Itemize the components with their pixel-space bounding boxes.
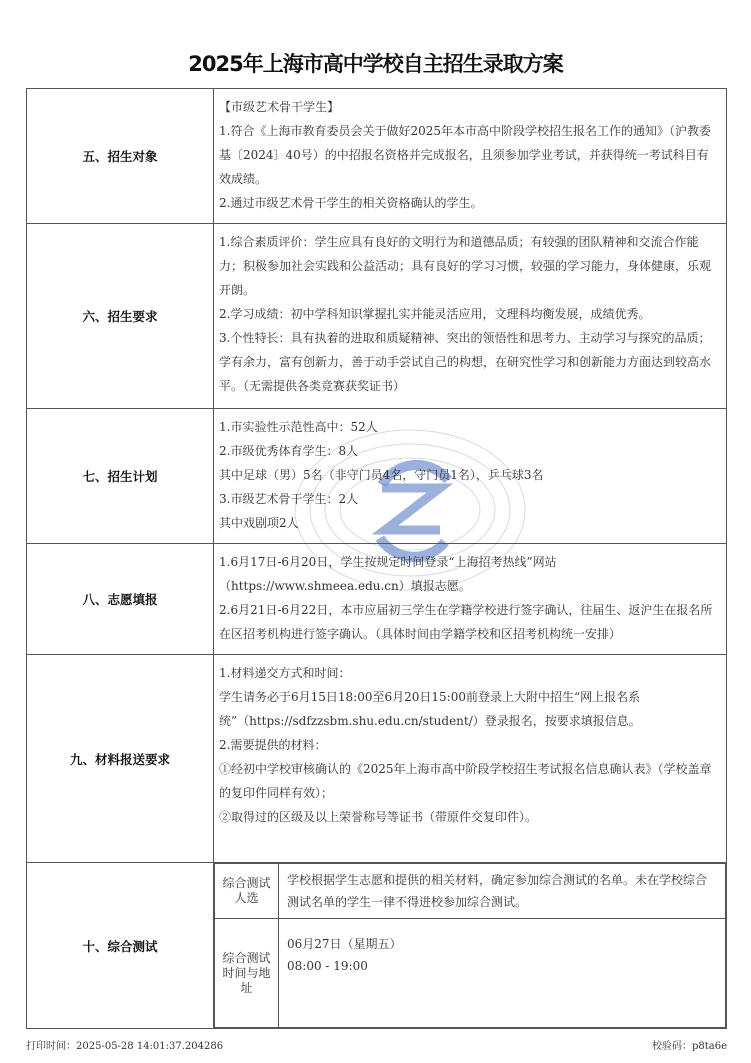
section-row-plan: 七、招生计划 1.市实验性示范性高中：52人 2.市级优秀体育学生：8人 其中足… [27,409,727,544]
content-line: 3.个性特长：具有执着的进取和质疑精神、突出的领悟性和思考力、主动学习与探究的品… [219,326,720,398]
page-title: 2025年上海市高中学校自主招生录取方案 [0,48,751,78]
content-line: ②取得过的区级及以上荣誉称号等证书（带原件交复印件）。 [219,805,720,829]
section-row-materials: 九、材料报送要求 1.材料递交方式和时间： 学生请务必于6月15日18:00至6… [27,655,727,863]
content-line: 【市级艺术骨干学生】 [219,95,720,119]
test-time: 08:00 - 19:00 [287,955,717,977]
content-line: 1.市实验性示范性高中：52人 [219,415,720,439]
sub-label: 综合测试时间与地址 [215,919,279,1028]
admission-plan-table: 五、招生对象 【市级艺术骨干学生】 1.符合《上海市教育委员会关于做好2025年… [26,88,727,1029]
test-date: 06月27日（星期五） [287,933,717,955]
content-line: 2.通过市级艺术骨干学生的相关资格确认的学生。 [219,191,720,215]
content-line: 学校根据学生志愿和提供的相关材料，确定参加综合测试的名单。未在学校综合测试名单的… [287,869,717,913]
section-label: 十、综合测试 [27,863,214,1029]
section-label: 六、招生要求 [27,224,214,409]
sub-content: 学校根据学生志愿和提供的相关材料，确定参加综合测试的名单。未在学校综合测试名单的… [279,864,726,919]
content-line: 1.材料递交方式和时间： [219,661,720,685]
sub-content: 06月27日（星期五） 08:00 - 19:00 [279,919,726,1028]
content-line: 3.市级艺术骨干学生：2人 [219,487,720,511]
print-time: 打印时间：2025-05-28 14:01:37.204286 [26,1037,223,1052]
content-line: 学生请务必于6月15日18:00至6月20日15:00前登录上大附中招生“网上报… [219,685,720,733]
section-content: 【市级艺术骨干学生】 1.符合《上海市教育委员会关于做好2025年本市高中阶段学… [214,89,727,224]
section-row-application: 八、志愿填报 1.6月17日-6月20日，学生按规定时间登录“上海招考热线”网站… [27,544,727,655]
section-label: 七、招生计划 [27,409,214,544]
section-row-test: 十、综合测试 综合测试人选 学校根据学生志愿和提供的相关材料，确定参加综合测试的… [27,863,727,1029]
content-line: 2.6月21日-6月22日，本市应届初三学生在学籍学校进行签字确认，往届生、返沪… [219,598,720,646]
section-row-requirements: 六、招生要求 1.综合素质评价：学生应具有良好的文明行为和道德品质；有较强的团队… [27,224,727,409]
test-time-row: 综合测试时间与地址 06月27日（星期五） 08:00 - 19:00 [215,919,726,1028]
content-line: 其中戏剧项2人 [219,511,720,535]
content-line: 1.符合《上海市教育委员会关于做好2025年本市高中阶段学校招生报名工作的通知》… [219,119,720,191]
checksum: 校验码：p8ta6e [652,1037,727,1052]
content-line: 2.市级优秀体育学生：8人 [219,439,720,463]
content-line: 1.6月17日-6月20日，学生按规定时间登录“上海招考热线”网站（https:… [219,550,720,598]
content-line: 2.学习成绩：初中学科知识掌握扎实并能灵活应用，文理科均衡发展，成绩优秀。 [219,302,720,326]
section-content: 综合测试人选 学校根据学生志愿和提供的相关材料，确定参加综合测试的名单。未在学校… [214,863,727,1029]
sub-label: 综合测试人选 [215,864,279,919]
section-label: 九、材料报送要求 [27,655,214,863]
section-label: 八、志愿填报 [27,544,214,655]
section-row-target: 五、招生对象 【市级艺术骨干学生】 1.符合《上海市教育委员会关于做好2025年… [27,89,727,224]
section-content: 1.材料递交方式和时间： 学生请务必于6月15日18:00至6月20日15:00… [214,655,727,863]
content-line: ①经初中学校审核确认的《2025年上海市高中阶段学校招生考试报名信息确认表》（学… [219,757,720,805]
section-content: 1.6月17日-6月20日，学生按规定时间登录“上海招考热线”网站（https:… [214,544,727,655]
content-line: 2.需要提供的材料： [219,733,720,757]
section-content: 1.综合素质评价：学生应具有良好的文明行为和道德品质；有较强的团队精神和交流合作… [214,224,727,409]
section-label: 五、招生对象 [27,89,214,224]
section-content: 1.市实验性示范性高中：52人 2.市级优秀体育学生：8人 其中足球（男）5名（… [214,409,727,544]
content-line: 1.综合素质评价：学生应具有良好的文明行为和道德品质；有较强的团队精神和交流合作… [219,230,720,302]
test-subtable: 综合测试人选 学校根据学生志愿和提供的相关材料，确定参加综合测试的名单。未在学校… [214,863,726,1028]
content-line: 其中足球（男）5名（非守门员4名，守门员1名），乒乓球3名 [219,463,720,487]
test-candidates-row: 综合测试人选 学校根据学生志愿和提供的相关材料，确定参加综合测试的名单。未在学校… [215,864,726,919]
